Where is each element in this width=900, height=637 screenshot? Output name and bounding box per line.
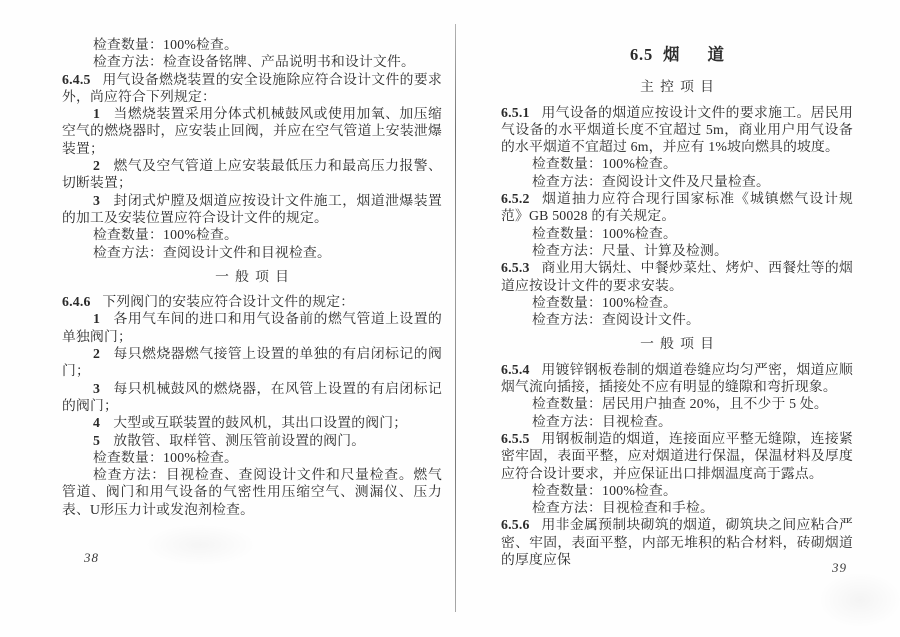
item-text: 大型或互联装置的鼓风机，其出口设置的阀门； (113, 415, 407, 430)
clause-number: 6.5.1 (501, 105, 541, 120)
clause-6-4-6: 6.4.6下列阀门的安装应符合设计文件的规定： (62, 293, 442, 310)
clause-6-5-1: 6.5.1用气设备的烟道应按设计文件的要求施工。居民用气设备的水平烟道长度不宜超… (501, 104, 853, 156)
clause-6-4-5: 6.4.5用气设备燃烧装置的安全设施除应符合设计文件的要求外，尚应符合下列规定： (62, 71, 442, 106)
inspection-quantity-line: 检查数量：100%检查。 (501, 155, 853, 172)
clause-text: 用气设备的烟道应按设计文件的要求施工。居民用气设备的水平烟道长度不宜超过 5m，… (501, 105, 853, 155)
clause-text: 烟道抽力应符合现行国家标准《城镇燃气设计规范》GB 50028 的有关规定。 (501, 191, 853, 223)
clause-number: 6.4.5 (62, 72, 102, 87)
general-items-heading: 一般项目 (62, 268, 442, 285)
left-page: 检查数量：100%检查。 检查方法：检查设备铭牌、产品说明书和设计文件。 6.4… (62, 36, 442, 518)
clause-text: 用镀锌钢板卷制的烟道卷缝应均匀严密，烟道应顺烟气流向插接，插接处不应有明显的缝隙… (501, 362, 853, 394)
inspection-method-line: 检查方法：查阅设计文件。 (501, 311, 853, 328)
section-number: 6.5 (630, 45, 663, 64)
list-item-2: 2每只燃烧器燃气接管上设置的单独的有启闭标记的阀门； (62, 345, 442, 380)
list-item-1: 1当燃烧装置采用分体式机械鼓风或使用加氧、加压缩空气的燃烧器时，应安装止回阀，并… (62, 105, 442, 157)
item-text: 每只燃烧器燃气接管上设置的单独的有启闭标记的阀门； (62, 346, 442, 378)
list-item-2: 2燃气及空气管道上应安装最低压力和最高压力报警、切断装置； (62, 157, 442, 192)
inspection-method-line: 检查方法：目视检查、查阅设计文件和尺量检查。燃气管道、阀门和用气设备的气密性用压… (62, 466, 442, 518)
item-text: 放散管、取样管、测压管前设置的阀门。 (113, 433, 365, 448)
inspection-quantity-line: 检查数量：100%检查。 (62, 226, 442, 243)
item-text: 封闭式炉膛及烟道应按设计文件施工，烟道泄爆装置的加工及安装位置应符合设计文件的规… (62, 193, 442, 225)
inspection-quantity-line: 检查数量：100%检查。 (501, 225, 853, 242)
inspection-method-line: 检查方法：目视检查。 (501, 413, 853, 430)
page-number-left: 38 (84, 550, 99, 566)
clause-number: 6.5.2 (501, 191, 541, 206)
list-item-4: 4大型或互联装置的鼓风机，其出口设置的阀门； (62, 414, 442, 431)
item-number: 2 (93, 158, 113, 173)
clause-6-5-5: 6.5.5用钢板制造的烟道，连接面应平整无缝隙，连接紧密牢固，表面平整，应对烟道… (501, 430, 853, 482)
list-item-5: 5放散管、取样管、测压管前设置的阀门。 (62, 432, 442, 449)
inspection-method-line: 检查方法：查阅设计文件和目视检查。 (62, 244, 442, 261)
clause-number: 6.5.5 (501, 431, 541, 446)
item-number: 4 (93, 415, 113, 430)
main-control-items-heading: 主控项目 (501, 78, 853, 95)
clause-text: 用钢板制造的烟道，连接面应平整无缝隙，连接紧密牢固，表面平整，应对烟道进行保温，… (501, 431, 853, 481)
section-6-5-title: 6.5烟 道 (501, 46, 853, 63)
clause-6-5-4: 6.5.4用镀锌钢板卷制的烟道卷缝应均匀严密，烟道应顺烟气流向插接，插接处不应有… (501, 361, 853, 396)
inspection-quantity-line: 检查数量：100%检查。 (501, 482, 853, 499)
clause-6-5-3: 6.5.3商业用大锅灶、中餐炒菜灶、烤炉、西餐灶等的烟道应按设计文件的要求安装。 (501, 259, 853, 294)
clause-text: 用气设备燃烧装置的安全设施除应符合设计文件的要求外，尚应符合下列规定： (62, 72, 442, 104)
general-items-heading: 一般项目 (501, 335, 853, 352)
item-number: 2 (93, 346, 113, 361)
clause-text: 下列阀门的安装应符合设计文件的规定： (102, 294, 354, 309)
list-item-1: 1各用气车间的进口和用气设备前的燃气管道上设置的单独阀门； (62, 310, 442, 345)
inspection-quantity-line: 检查数量：100%检查。 (62, 36, 442, 53)
page-number-right: 39 (832, 560, 847, 576)
clause-6-5-2: 6.5.2烟道抽力应符合现行国家标准《城镇燃气设计规范》GB 50028 的有关… (501, 190, 853, 225)
clause-6-5-6: 6.5.6用非金属预制块砌筑的烟道，砌筑块之间应粘合严密、牢固，表面平整，内部无… (501, 516, 853, 568)
inspection-method-line: 检查方法：尺量、计算及检测。 (501, 242, 853, 259)
item-text: 当燃烧装置采用分体式机械鼓风或使用加氧、加压缩空气的燃烧器时，应安装止回阀，并应… (62, 106, 442, 156)
item-text: 燃气及空气管道上应安装最低压力和最高压力报警、切断装置； (62, 158, 442, 190)
clause-text: 商业用大锅灶、中餐炒菜灶、烤炉、西餐灶等的烟道应按设计文件的要求安装。 (501, 260, 853, 292)
right-page: 6.5烟 道 主控项目 6.5.1用气设备的烟道应按设计文件的要求施工。居民用气… (501, 44, 853, 568)
section-title-text: 烟 道 (663, 45, 730, 64)
inspection-method-line: 检查方法：目视检查和手检。 (501, 499, 853, 516)
item-text: 各用气车间的进口和用气设备前的燃气管道上设置的单独阀门； (62, 311, 442, 343)
item-number: 1 (93, 106, 113, 121)
item-number: 3 (93, 193, 113, 208)
inspection-method-line: 检查方法：检查设备铭牌、产品说明书和设计文件。 (62, 53, 442, 70)
inspection-quantity-line: 检查数量：100%检查。 (62, 449, 442, 466)
clause-number: 6.5.6 (501, 517, 541, 532)
clause-number: 6.4.6 (62, 294, 102, 309)
page-gutter-divider (455, 24, 456, 612)
clause-number: 6.5.4 (501, 362, 541, 377)
clause-text: 用非金属预制块砌筑的烟道，砌筑块之间应粘合严密、牢固，表面平整，内部无堆积的粘合… (501, 517, 853, 567)
item-number: 1 (93, 311, 113, 326)
item-number: 3 (93, 381, 113, 396)
inspection-quantity-line: 检查数量：居民用户抽查 20%，且不少于 5 处。 (501, 395, 853, 412)
item-text: 每只机械鼓风的燃烧器，在风管上设置的有启闭标记的阀门； (62, 381, 442, 413)
clause-number: 6.5.3 (501, 260, 541, 275)
list-item-3: 3每只机械鼓风的燃烧器，在风管上设置的有启闭标记的阀门； (62, 380, 442, 415)
list-item-3: 3封闭式炉膛及烟道应按设计文件施工，烟道泄爆装置的加工及安装位置应符合设计文件的… (62, 192, 442, 227)
inspection-quantity-line: 检查数量：100%检查。 (501, 294, 853, 311)
book-spread: 检查数量：100%检查。 检查方法：检查设备铭牌、产品说明书和设计文件。 6.4… (0, 0, 900, 637)
inspection-method-line: 检查方法：查阅设计文件及尺量检查。 (501, 173, 853, 190)
item-number: 5 (93, 433, 113, 448)
